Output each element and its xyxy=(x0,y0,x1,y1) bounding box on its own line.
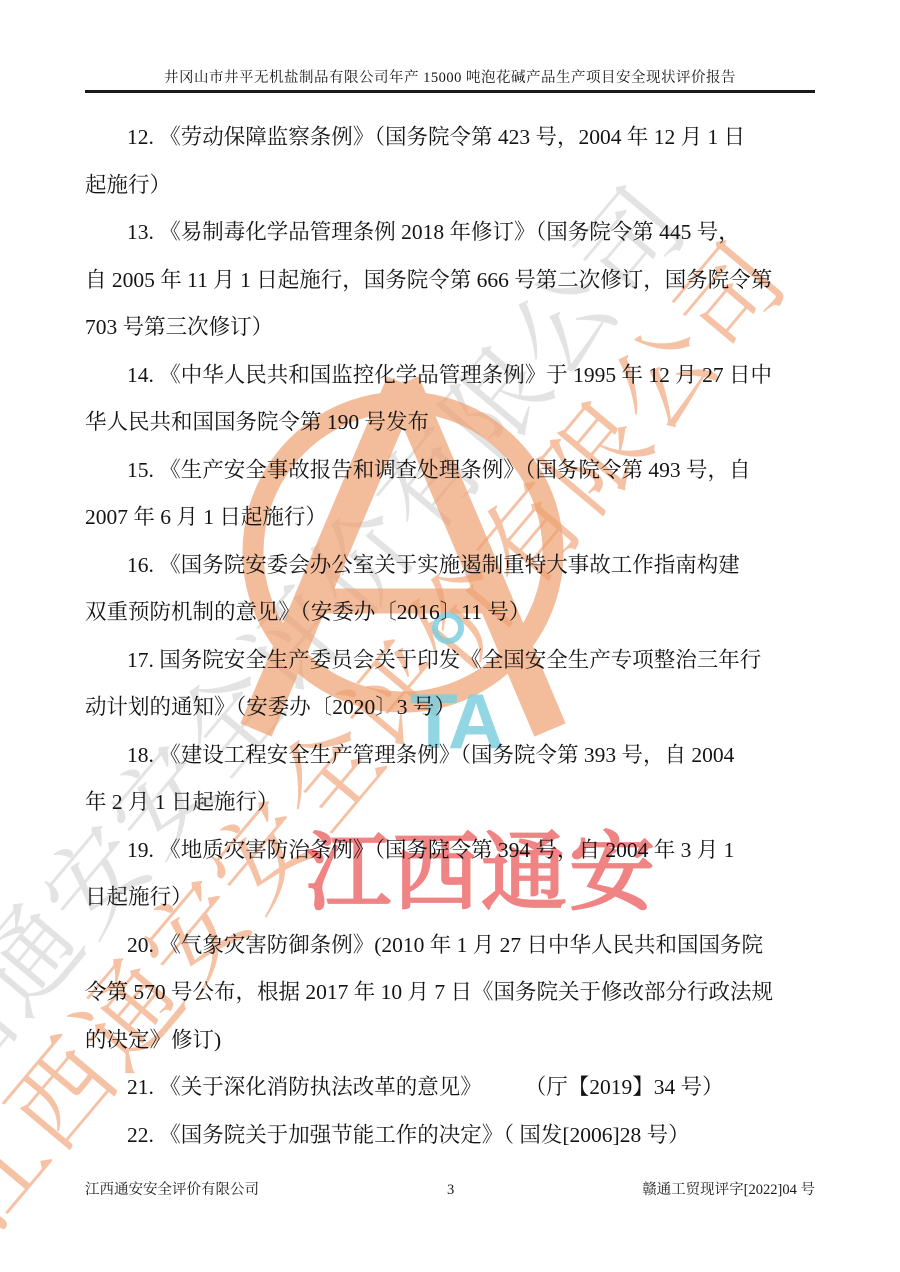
body-line: 18. 《建设工程安全生产管理条例》（国务院令第 393 号，自 2004 xyxy=(85,732,825,780)
body-line: 17. 国务院安全生产委员会关于印发《全国安全生产专项整治三年行 xyxy=(85,637,825,685)
body-line: 日起施行） xyxy=(85,874,825,922)
footer-company: 江西通安安全评价有限公司 xyxy=(85,1178,259,1199)
body-line: 令第 570 号公布，根据 2017 年 10 月 7 日《国务院关于修改部分行… xyxy=(85,969,825,1017)
header-rule xyxy=(85,90,815,93)
body-line: 13. 《易制毒化学品管理条例 2018 年修订》（国务院令第 445 号， xyxy=(85,209,825,257)
body-line: 的决定》修订) xyxy=(85,1017,825,1065)
body-line: 12. 《劳动保障监察条例》（国务院令第 423 号，2004 年 12 月 1… xyxy=(85,114,825,162)
body-line: 22. 《国务院关于加强节能工作的决定》（ 国发[2006]28 号） xyxy=(85,1112,825,1160)
footer-doc-number: 赣通工贸现评字[2022]04 号 xyxy=(642,1178,815,1199)
body-line: 15. 《生产安全事故报告和调查处理条例》（国务院令第 493 号，自 xyxy=(85,447,825,495)
footer-page-number: 3 xyxy=(447,1182,454,1199)
body-text: 12. 《劳动保障监察条例》（国务院令第 423 号，2004 年 12 月 1… xyxy=(85,114,825,1159)
body-line: 华人民共和国国务院令第 190 号发布 xyxy=(85,399,825,447)
body-line: 年 2 月 1 日起施行） xyxy=(85,779,825,827)
body-line: 21. 《关于深化消防执法改革的意见》 （厅【2019】34 号） xyxy=(85,1064,825,1112)
body-line: 16. 《国务院安委会办公室关于实施遏制重特大事故工作指南构建 xyxy=(85,542,825,590)
body-line: 起施行） xyxy=(85,162,825,210)
body-line: 双重预防机制的意见》（安委办〔2016〕11 号） xyxy=(85,589,825,637)
body-line: 14. 《中华人民共和国监控化学品管理条例》于 1995 年 12 月 27 日… xyxy=(85,352,825,400)
page-footer: 江西通安安全评价有限公司 3 赣通工贸现评字[2022]04 号 xyxy=(85,1178,815,1199)
content-layer: 井冈山市井平无机盐制品有限公司年产 15000 吨泡花碱产品生产项目安全现状评价… xyxy=(0,0,900,1272)
body-line: 自 2005 年 11 月 1 日起施行，国务院令第 666 号第二次修订，国务… xyxy=(85,257,825,305)
header-title: 井冈山市井平无机盐制品有限公司年产 15000 吨泡花碱产品生产项目安全现状评价… xyxy=(0,66,900,87)
body-line: 动计划的通知》（安委办〔2020〕3 号） xyxy=(85,684,825,732)
body-line: 2007 年 6 月 1 日起施行） xyxy=(85,494,825,542)
body-line: 703 号第三次修订） xyxy=(85,304,825,352)
body-line: 19. 《地质灾害防治条例》（国务院令第 394 号，自 2004 年 3 月 … xyxy=(85,827,825,875)
body-line: 20. 《气象灾害防御条例》(2010 年 1 月 27 日中华人民共和国国务院 xyxy=(85,922,825,970)
document-page: 江西通安安全评价有限公司 江西通安安全评价有限公司 TA 江西通安 井冈山市井平… xyxy=(0,0,900,1272)
